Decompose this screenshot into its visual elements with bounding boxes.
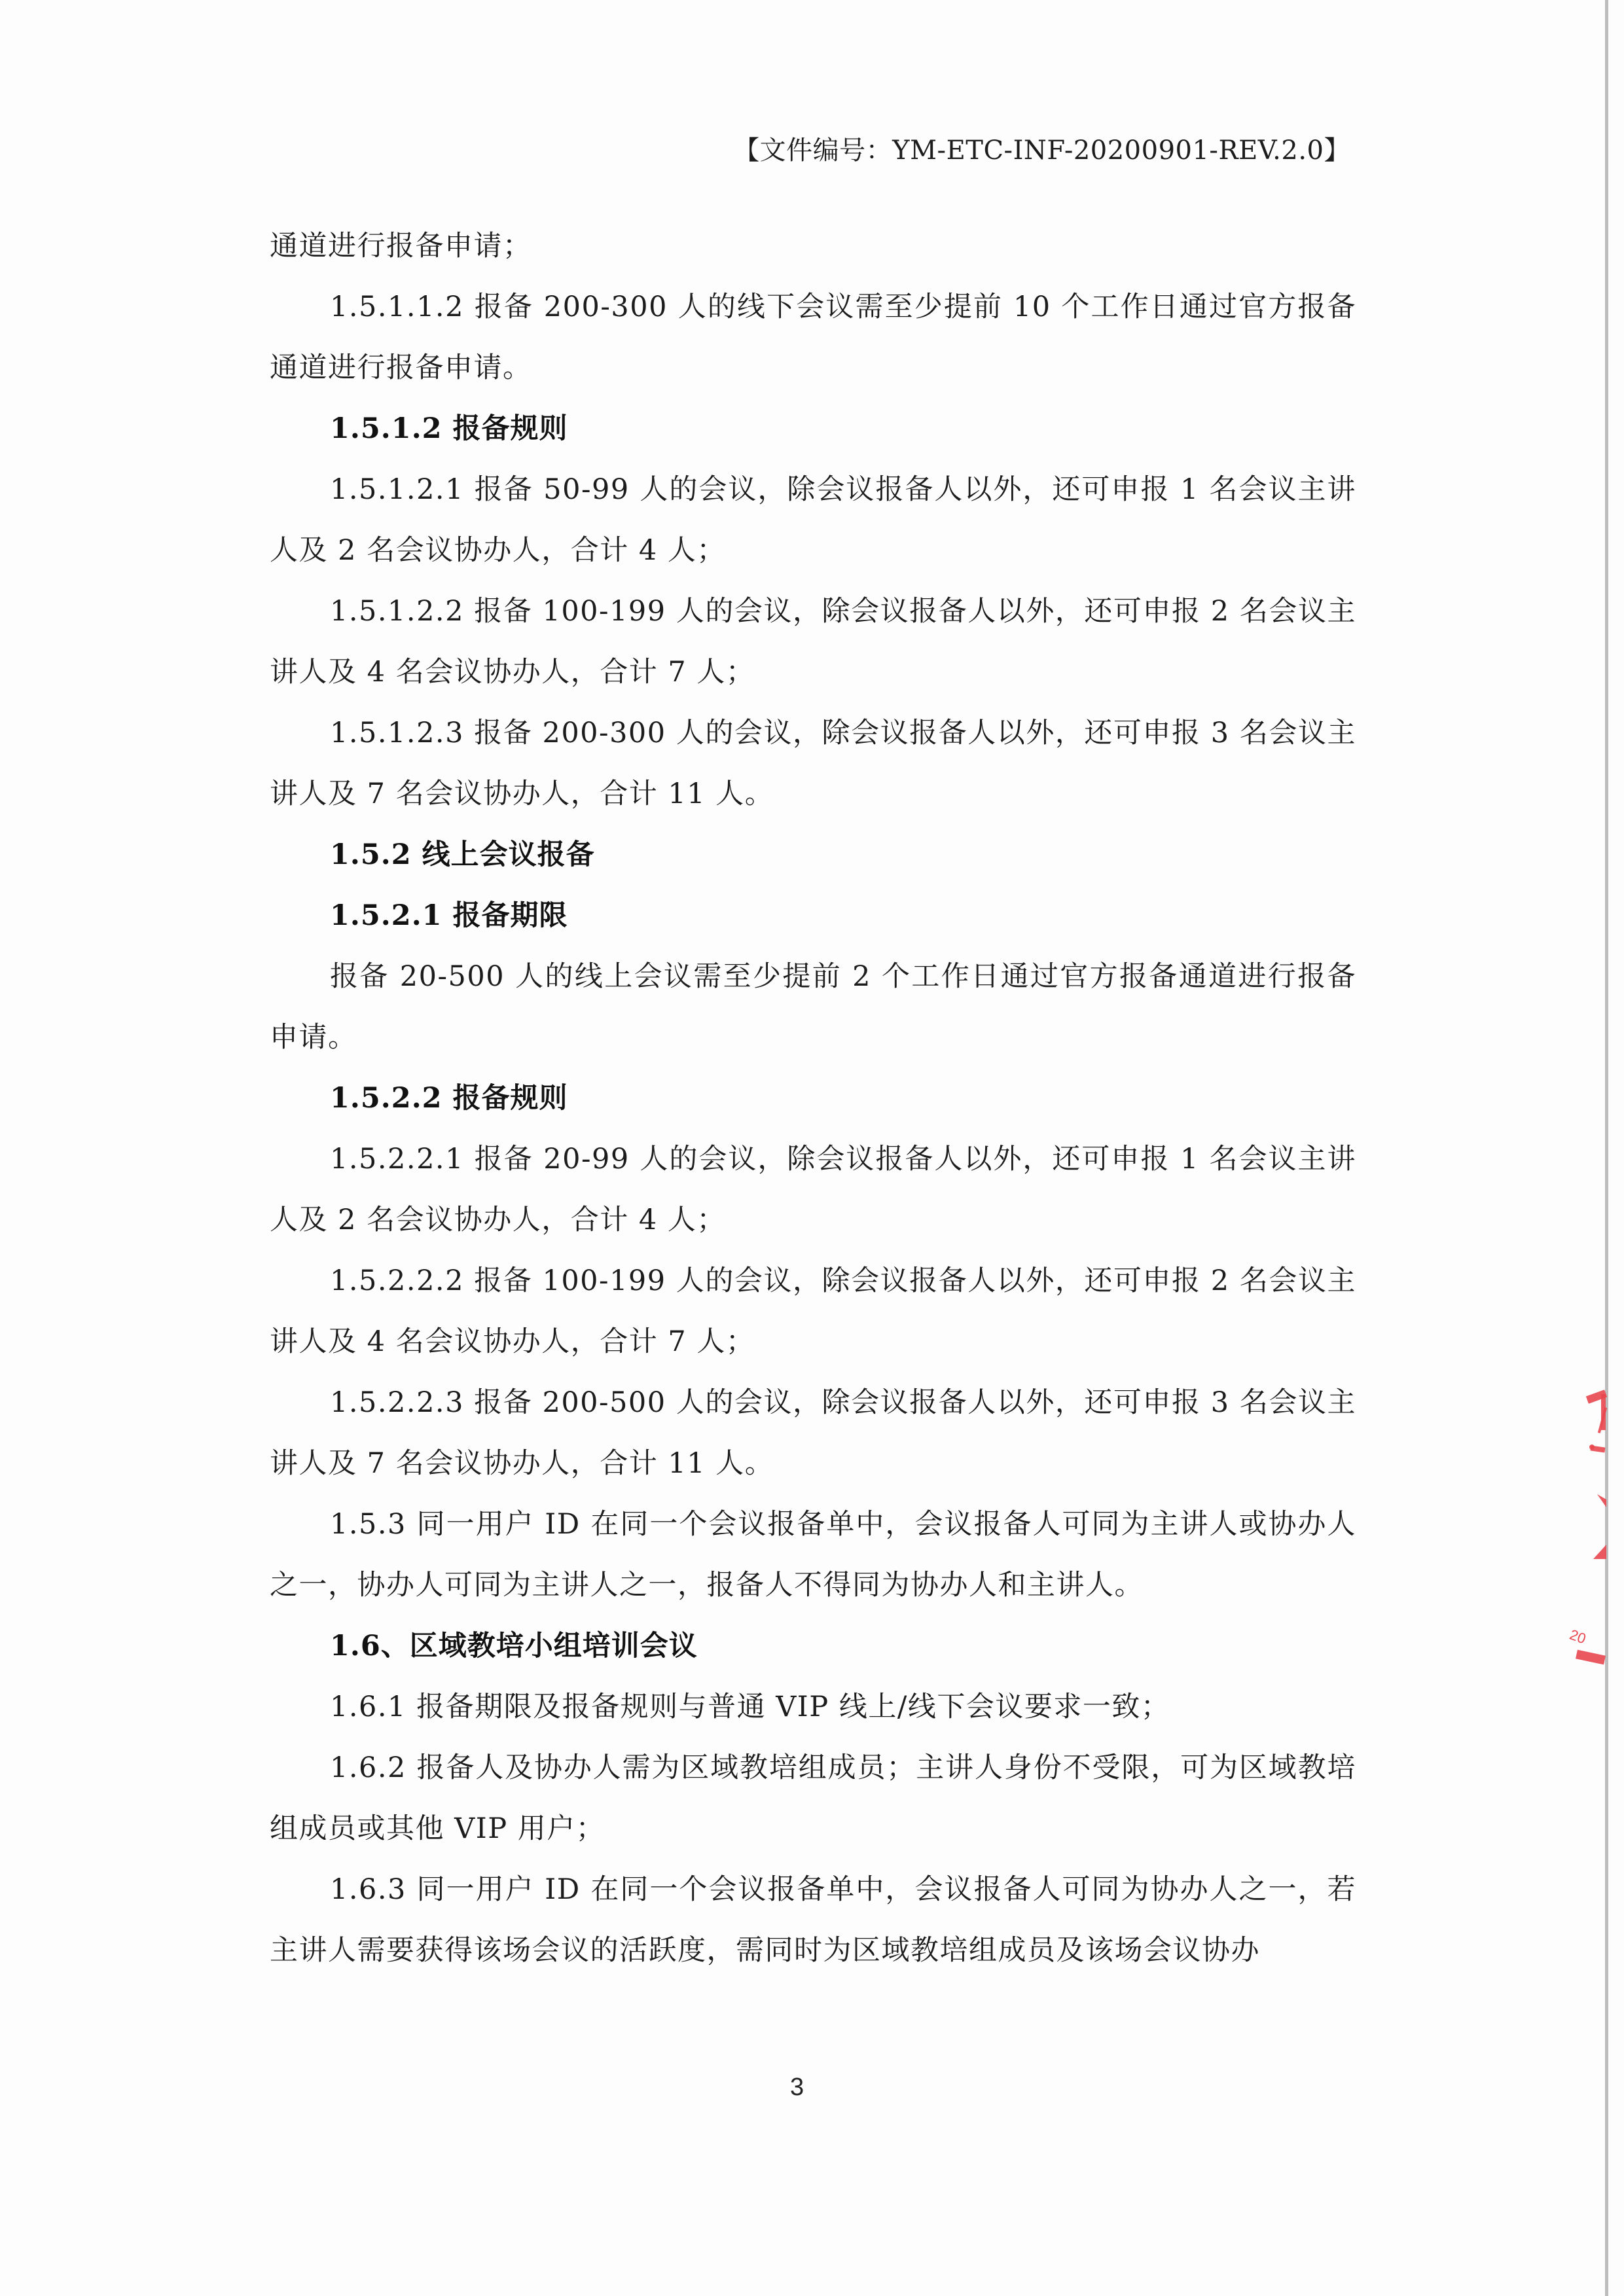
seal-stroke [1589,1444,1595,1450]
section-heading: 1.5.1.2 报备规则 [270,399,1356,459]
document-number: 【文件编号：YM-ETC-INF-20200901-REV.2.0】 [733,131,1350,170]
paragraph-item: 1.6.1 报备期限及报备规则与普通 VIP 线上/线下会议要求一致； [270,1677,1356,1738]
section-heading: 1.5.2 线上会议报备 [270,825,1356,886]
document-body: 通道进行报备申请； 1.5.1.1.2 报备 200-300 人的线下会议需至少… [270,216,1356,1981]
paragraph-item: 1.5.1.2.1 报备 50-99 人的会议，除会议报备人以外，还可申报 1 … [270,459,1356,581]
page-edge-line [1605,0,1608,2296]
paragraph-continuation: 通道进行报备申请； [270,216,1356,277]
document-page: 【文件编号：YM-ETC-INF-20200901-REV.2.0】 通道进行报… [0,0,1624,2296]
paragraph-item: 1.5.2.2.1 报备 20-99 人的会议，除会议报备人以外，还可申报 1 … [270,1129,1356,1251]
paragraph-item: 1.6.2 报备人及协办人需为区域教培组成员；主讲人身份不受限，可为区域教培组成… [270,1738,1356,1859]
section-heading: 1.6、区域教培小组培训会议 [270,1616,1356,1677]
paragraph-item: 1.5.1.2.3 报备 200-300 人的会议，除会议报备人以外，还可申报 … [270,703,1356,825]
paragraph-item: 1.5.1.2.2 报备 100-199 人的会议，除会议报备人以外，还可申报 … [270,581,1356,703]
paragraph-item: 1.5.2.2.2 报备 100-199 人的会议，除会议报备人以外，还可申报 … [270,1251,1356,1372]
seal-stroke [1593,1545,1606,1559]
paragraph-item: 1.6.3 同一用户 ID 在同一个会议报备单中，会议报备人可同为协办人之一，若… [270,1859,1356,1981]
paragraph-item: 1.5.2.2.3 报备 200-500 人的会议，除会议报备人以外，还可申报 … [270,1372,1356,1494]
section-heading: 1.5.2.2 报备规则 [270,1068,1356,1129]
paragraph-item: 报备 20-500 人的线上会议需至少提前 2 个工作日通过官方报备通道进行报备… [270,946,1356,1068]
paragraph-item: 1.5.3 同一用户 ID 在同一个会议报备单中，会议报备人可同为主讲人或协办人… [270,1494,1356,1616]
seal-stroke [1576,1650,1606,1665]
seal-text-fragment: 20 [1567,1626,1588,1648]
page-number: 3 [790,2073,804,2102]
section-heading: 1.5.2.1 报备期限 [270,886,1356,946]
paragraph-item: 1.5.1.1.2 报备 200-300 人的线下会议需至少提前 10 个工作日… [270,277,1356,399]
